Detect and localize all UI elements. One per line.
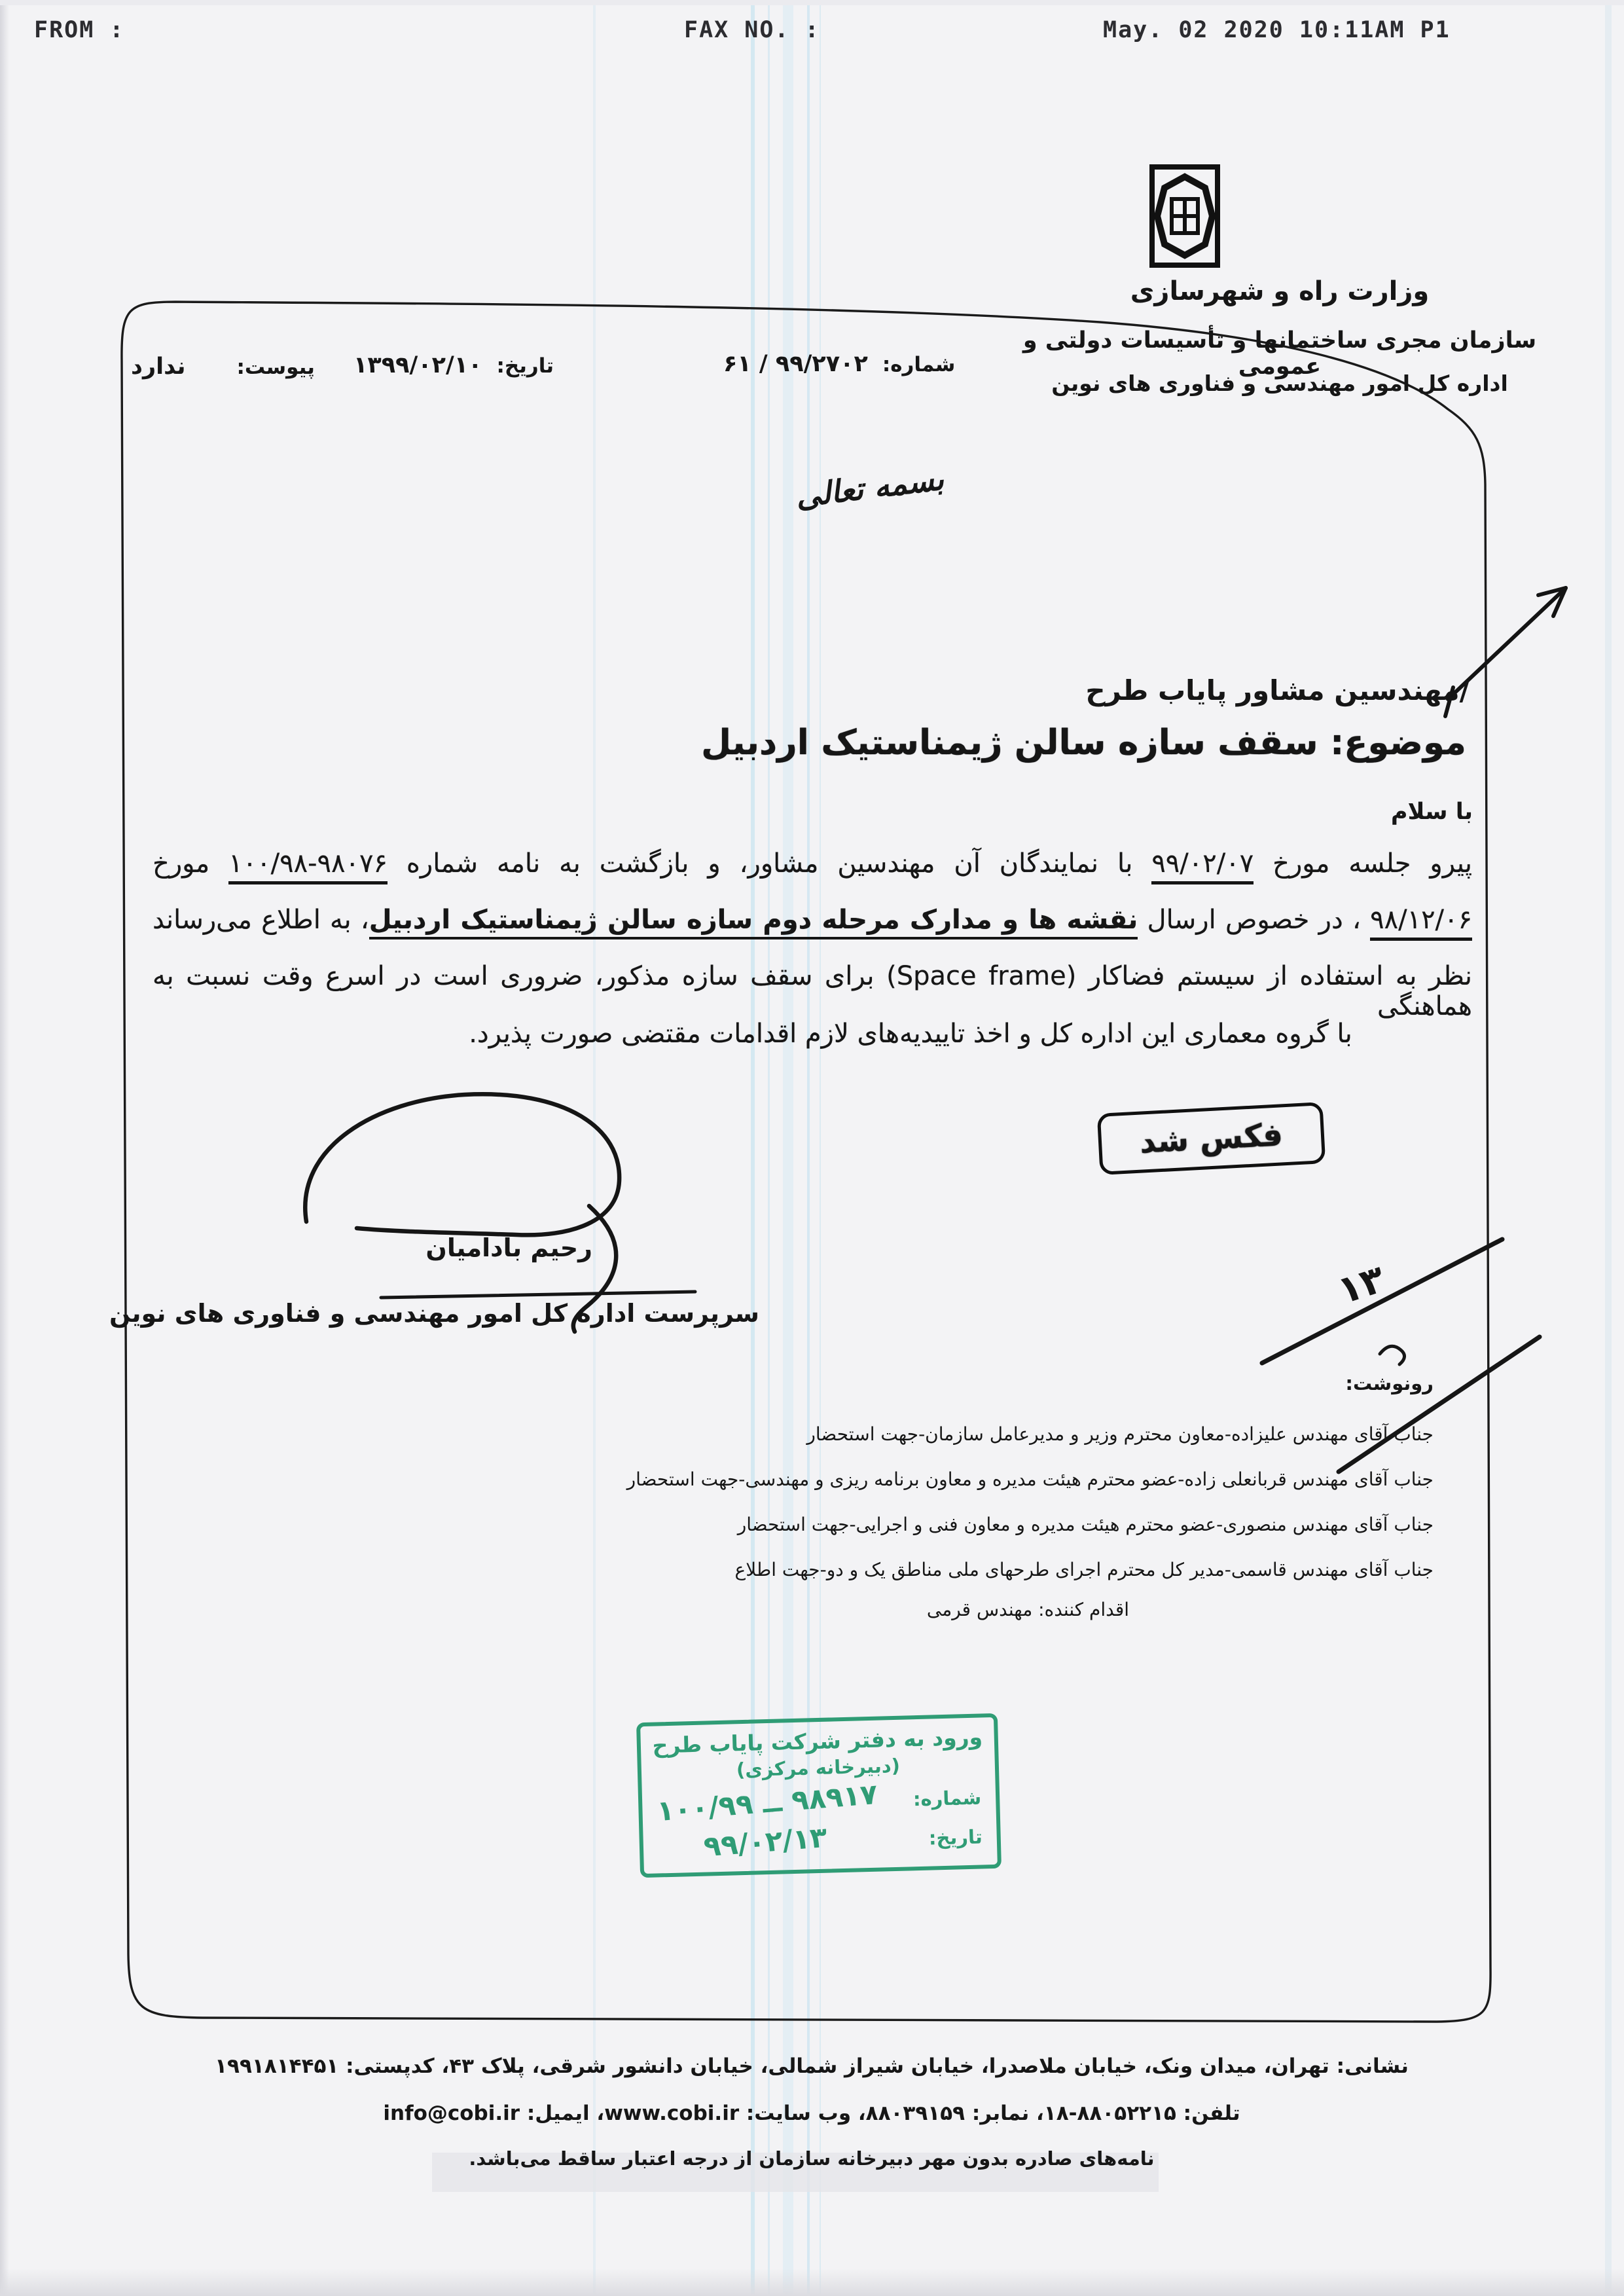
body-line-2-text2: ، به اطلاع می‌رساند bbox=[153, 905, 369, 935]
handwritten-number: ۱۳ bbox=[1332, 1256, 1390, 1313]
reference-number: شماره:۹۹/۲۷۰۲ / ۶۱ bbox=[723, 351, 955, 377]
cc-label: رونوشت: bbox=[627, 1372, 1434, 1394]
space-frame-term: Space frame bbox=[897, 961, 1066, 991]
signatory-name: رحیم بادامیان bbox=[425, 1233, 592, 1262]
reference-attachment: پیوست:ندارد bbox=[131, 354, 315, 380]
body-line-2: ۹۸/۱۲/۰۶ ، در خصوص ارسال نقشه ها و مدارک… bbox=[153, 905, 1472, 935]
reference-number-label: شماره: bbox=[882, 353, 955, 376]
scan-edge-top bbox=[0, 0, 1624, 5]
footer-address: نشانی: تهران، میدان ونک، خیابان ملاصدرا،… bbox=[92, 2054, 1532, 2078]
body-line-1-text: پیرو جلسه مورخ bbox=[1254, 848, 1472, 879]
cc-item: جناب آقای مهندس علیزاده-معاون محترم وزیر… bbox=[627, 1412, 1434, 1457]
fax-from-label: FROM : bbox=[34, 17, 124, 43]
received-stamp-number-value: ۹۸۹۱۷ ــ ۱۰۰/۹۹ bbox=[656, 1778, 878, 1828]
cc-item: جناب آقای مهندس قربانعلی زاده-عضو محترم … bbox=[627, 1457, 1434, 1502]
body-line-4: با گروه معماری این اداره کل و اخذ تاییدی… bbox=[153, 1019, 1570, 1049]
salutation: با سلام bbox=[1391, 799, 1473, 825]
received-stamp: ورود به دفتر شرکت پایاب طرح (دبیرخانه مر… bbox=[636, 1713, 1001, 1878]
faxed-stamp: فکس شد bbox=[1097, 1102, 1326, 1175]
scan-edge-bottom bbox=[0, 2269, 1624, 2296]
reference-date-value: ۱۳۹۹/۰۲/۱۰ bbox=[353, 352, 482, 378]
body-reference-number: ۱۰۰/۹۸-۹۸۰۷۶ bbox=[228, 848, 388, 884]
fax-datetime: May. 02 2020 10:11AM P1 bbox=[1103, 17, 1451, 43]
ministry-emblem-icon bbox=[1149, 164, 1221, 268]
footer-contacts: تلفن: ۸۸۰۵۲۲۱۵-۱۸، نمابر: ۸۸۰۳۹۱۵۹، وب س… bbox=[92, 2102, 1532, 2125]
signature-scribble-icon bbox=[305, 1094, 695, 1332]
reference-attachment-label: پیوست: bbox=[236, 355, 314, 379]
body-line-3-text: نظر به استفاده از سیستم فضاکار ( bbox=[1066, 961, 1472, 991]
body-line-1: پیرو جلسه مورخ ۹۹/۰۲/۰۷ با نمایندگان آن … bbox=[153, 848, 1472, 879]
cc-section: رونوشت: جناب آقای مهندس علیزاده-معاون مح… bbox=[627, 1372, 1434, 1620]
body-documents-phrase: نقشه ها و مدارک مرحله دوم سازه سالن ژیمن… bbox=[369, 905, 1138, 939]
recipient-line: /مهندسین مشاور پایاب طرح bbox=[1085, 674, 1470, 706]
body-line-1-text2: با نمایندگان آن مهندسین مشاور، و بازگشت … bbox=[388, 848, 1151, 879]
department-name: اداره کل امور مهندسی و فناوری های نوین bbox=[1018, 371, 1542, 396]
footer-validity-note: نامه‌های صادره بدون مهر دبیرخانه سازمان … bbox=[92, 2147, 1532, 2170]
fax-number-label: FAX NO. : bbox=[684, 17, 820, 43]
ministry-name: وزارت راه و شهرسازی bbox=[1018, 276, 1542, 306]
cc-item: جناب آقای مهندس منصوری-عضو محترم هیئت مد… bbox=[627, 1502, 1434, 1547]
reference-date-label: تاریخ: bbox=[496, 354, 554, 378]
fax-document-page: FROM : FAX NO. : May. 02 2020 10:11AM P1… bbox=[0, 0, 1624, 2296]
body-line-2-text: ، در خصوص ارسال bbox=[1138, 905, 1370, 935]
reference-date: تاریخ:۱۳۹۹/۰۲/۱۰ bbox=[353, 352, 554, 378]
subject-line: موضوع: سقف سازه سالن ژیمناستیک اردبیل bbox=[701, 723, 1466, 763]
besmellah-calligraphy: بسمه تعالی bbox=[793, 461, 945, 515]
cc-item: جناب آقای مهندس قاسمی-مدیر کل محترم اجرا… bbox=[627, 1547, 1434, 1592]
body-letter-date: ۹۸/۱۲/۰۶ bbox=[1370, 905, 1472, 941]
signatory-title: سرپرست اداره کل امور مهندسی و فناوری های… bbox=[109, 1299, 759, 1328]
reference-attachment-value: ندارد bbox=[131, 354, 185, 380]
received-stamp-date-label: تاریخ: bbox=[928, 1825, 983, 1849]
body-meeting-date: ۹۹/۰۲/۰۷ bbox=[1151, 848, 1254, 884]
footer: نشانی: تهران، میدان ونک، خیابان ملاصدرا،… bbox=[92, 2054, 1532, 2170]
scan-edge-left bbox=[0, 0, 9, 2296]
reference-number-value: ۹۹/۲۷۰۲ / ۶۱ bbox=[723, 351, 868, 377]
body-line-3: نظر به استفاده از سیستم فضاکار (Space fr… bbox=[153, 961, 1472, 1021]
body-line-1-text3: مورخ bbox=[153, 848, 228, 879]
received-stamp-number-label: شماره: bbox=[912, 1787, 981, 1811]
cc-handler: اقدام کننده: مهندس قرمی bbox=[627, 1599, 1434, 1620]
received-stamp-date-value: ۹۹/۰۲/۱۳ bbox=[702, 1821, 828, 1864]
